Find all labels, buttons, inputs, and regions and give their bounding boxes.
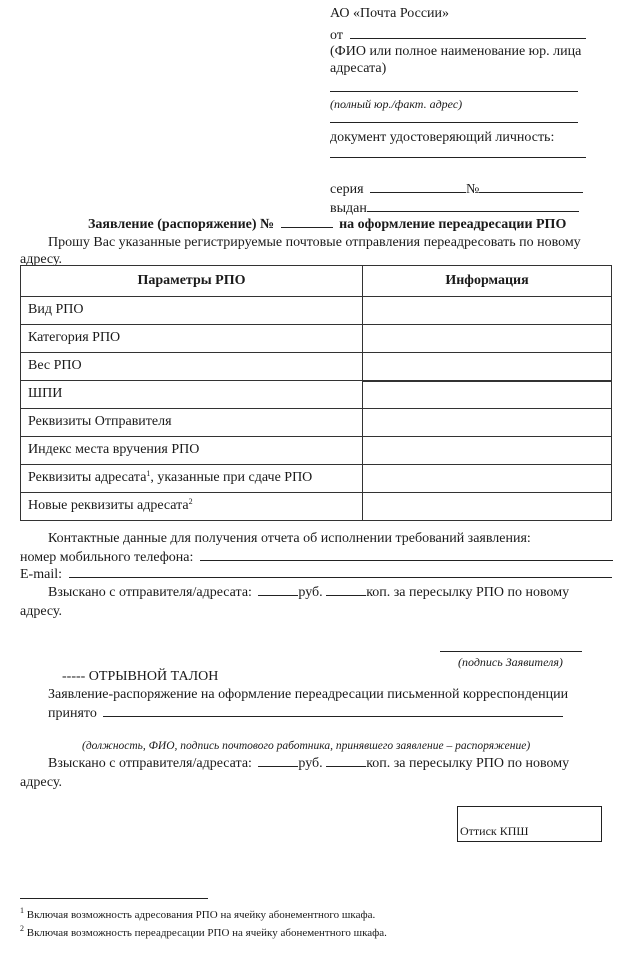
information-cell[interactable]: [363, 465, 612, 493]
header-information: Информация: [363, 266, 612, 297]
address-caption: (полный юр./факт. адрес): [330, 96, 462, 113]
parameter-label-rest: , указанные при сдаче РПО: [150, 470, 312, 485]
table-row: Вес РПО: [21, 353, 612, 381]
from-label: от: [330, 28, 343, 43]
stamp-box: Оттиск КПШ: [457, 806, 602, 842]
header-parameters: Параметры РПО: [21, 266, 363, 297]
footnote-1: 1 Включая возможность адресования РПО на…: [20, 907, 375, 924]
address-field[interactable]: [330, 91, 578, 92]
information-cell[interactable]: [363, 353, 612, 381]
footnote-1-mark: 1: [20, 906, 24, 915]
title-suffix: на оформление переадресации РПО: [339, 217, 566, 232]
document-title: Заявление (распоряжение) № на оформление…: [88, 215, 566, 233]
collected-kop-field[interactable]: [326, 583, 366, 596]
information-cell[interactable]: [363, 381, 612, 409]
parameter-label: ШПИ: [28, 386, 62, 401]
tear-off-rub-field[interactable]: [258, 754, 298, 767]
tear-off-kop-field[interactable]: [326, 754, 366, 767]
table-row: Вид РПО: [21, 297, 612, 325]
series-row: серия №: [330, 180, 583, 198]
footnote-2: 2 Включая возможность переадресации РПО …: [20, 925, 387, 942]
footnote-1-text: Включая возможность адресования РПО на я…: [27, 909, 375, 921]
issued-field[interactable]: [367, 199, 579, 212]
series-label: серия: [330, 182, 364, 197]
footnote-ref: 2: [189, 497, 193, 506]
series-field[interactable]: [370, 180, 466, 193]
parameter-label: Новые реквизиты адресата: [28, 498, 189, 513]
parameter-cell: Категория РПО: [21, 325, 363, 353]
signature-caption: (подпись Заявителя): [458, 654, 563, 671]
parameter-cell: Реквизиты Отправителя: [21, 409, 363, 437]
tear-off-rub-label: руб.: [298, 756, 322, 771]
parameter-label: Вес РПО: [28, 358, 82, 373]
accepted-field[interactable]: [103, 704, 563, 717]
rpo-parameters-table: Параметры РПО Информация Вид РПОКатегори…: [20, 265, 612, 521]
table-header-row: Параметры РПО Информация: [21, 266, 612, 297]
parameter-label: Вид РПО: [28, 302, 83, 317]
intro-line-1: Прошу Вас указанные регистрируемые почто…: [48, 234, 581, 251]
phone-field[interactable]: [200, 548, 613, 561]
accepted-row: принято: [48, 704, 563, 722]
tear-off-collected-line-2: адресу.: [20, 774, 62, 791]
parameter-cell: ШПИ: [21, 381, 363, 409]
table-row: Категория РПО: [21, 325, 612, 353]
from-field[interactable]: [350, 26, 586, 39]
table-row: Реквизиты адресата1, указанные при сдаче…: [21, 465, 612, 493]
number-field[interactable]: [479, 180, 583, 193]
phone-label: номер мобильного телефона:: [20, 550, 193, 565]
parameter-cell: Реквизиты адресата1, указанные при сдаче…: [21, 465, 363, 493]
stamp-label: Оттиск КПШ: [460, 824, 529, 839]
issued-label: выдан: [330, 201, 367, 216]
information-cell[interactable]: [363, 297, 612, 325]
email-field[interactable]: [69, 565, 612, 578]
from-caption: (ФИО или полное наименование юр. лица: [330, 43, 581, 60]
email-row: E-mail:: [20, 565, 612, 583]
collected-row: Взыскано с отправителя/адресата: руб. ко…: [48, 583, 569, 601]
footnote-2-mark: 2: [20, 924, 24, 933]
collected-line-2: адресу.: [20, 603, 62, 620]
footnote-2-text: Включая возможность переадресации РПО на…: [27, 927, 387, 939]
address-field-2[interactable]: [330, 122, 578, 123]
table-row: ШПИ: [21, 381, 612, 409]
information-cell[interactable]: [363, 325, 612, 353]
tear-off-kop-suffix: коп. за пересылку РПО по новому: [366, 756, 569, 771]
tear-off-collected-prefix: Взыскано с отправителя/адресата:: [48, 756, 252, 771]
collected-rub-field[interactable]: [258, 583, 298, 596]
from-caption-2: адресата): [330, 60, 386, 77]
collected-kop-suffix: коп. за пересылку РПО по новому: [366, 585, 569, 600]
parameter-cell: Вес РПО: [21, 353, 363, 381]
table-row: Индекс места вручения РПО: [21, 437, 612, 465]
tear-off-heading: ----- ОТРЫВНОЙ ТАЛОН: [62, 668, 218, 685]
parameter-label: Реквизиты адресата: [28, 470, 146, 485]
recipient-name: АО «Почта России»: [330, 5, 449, 22]
collected-rub-label: руб.: [298, 585, 322, 600]
parameter-label: Реквизиты Отправителя: [28, 414, 172, 429]
parameter-cell: Новые реквизиты адресата2: [21, 493, 363, 521]
number-label: №: [466, 182, 479, 197]
id-document-label: документ удостоверяющий личность:: [330, 129, 554, 146]
accepted-caption: (должность, ФИО, подпись почтового работ…: [82, 738, 530, 755]
contacts-intro: Контактные данные для получения отчета о…: [48, 530, 531, 547]
phone-row: номер мобильного телефона:: [20, 548, 613, 566]
title-prefix: Заявление (распоряжение) №: [88, 217, 274, 232]
application-number-field[interactable]: [281, 215, 333, 228]
tear-off-collected-row: Взыскано с отправителя/адресата: руб. ко…: [48, 754, 569, 772]
information-cell[interactable]: [363, 409, 612, 437]
email-label: E-mail:: [20, 567, 62, 582]
tear-off-statement: Заявление-распоряжение на оформление пер…: [48, 686, 568, 703]
footnote-separator: [20, 898, 208, 899]
id-document-field[interactable]: [330, 157, 586, 158]
information-cell[interactable]: [363, 493, 612, 521]
table-row: Реквизиты Отправителя: [21, 409, 612, 437]
table-row: Новые реквизиты адресата2: [21, 493, 612, 521]
parameter-label: Категория РПО: [28, 330, 120, 345]
accepted-label: принято: [48, 706, 97, 721]
parameter-label: Индекс места вручения РПО: [28, 442, 199, 457]
parameter-cell: Вид РПО: [21, 297, 363, 325]
from-row: от: [330, 26, 586, 44]
collected-prefix: Взыскано с отправителя/адресата:: [48, 585, 252, 600]
signature-line[interactable]: [440, 651, 582, 652]
parameter-cell: Индекс места вручения РПО: [21, 437, 363, 465]
information-cell[interactable]: [363, 437, 612, 465]
